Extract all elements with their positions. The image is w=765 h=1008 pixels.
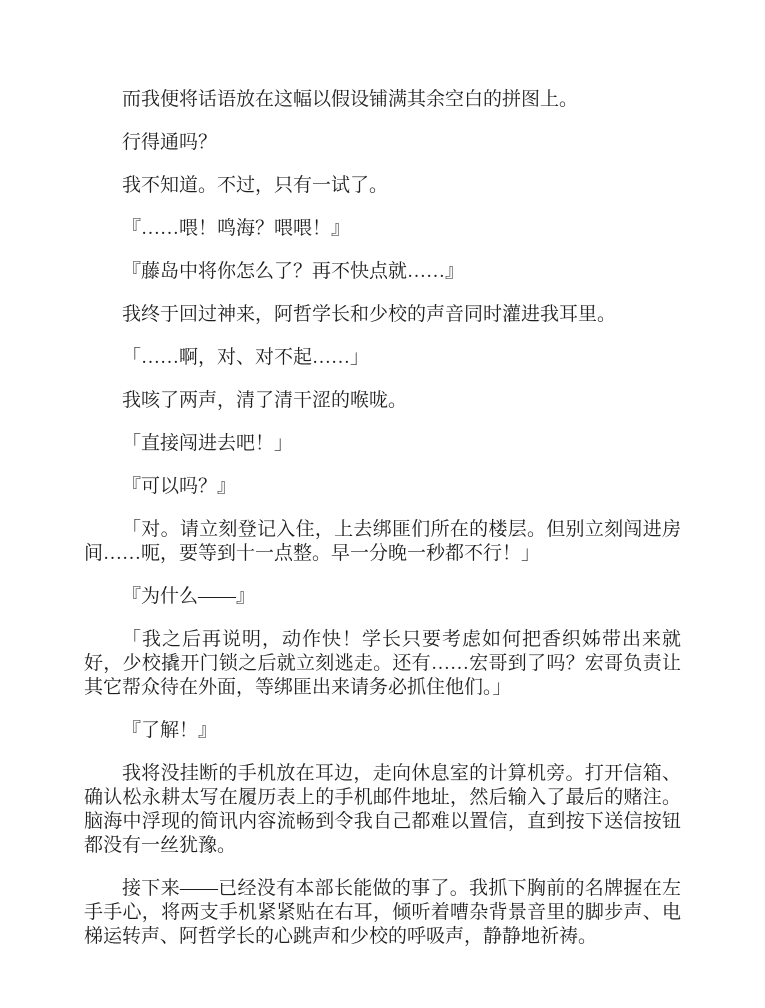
paragraph-narration: 我咳了两声，清了清干涩的喉咙。 bbox=[84, 389, 681, 413]
paragraph-dialogue: 『……喂！鸣海？喂喂！』 bbox=[84, 217, 681, 241]
paragraph-dialogue: 『可以吗？』 bbox=[84, 475, 681, 499]
paragraph-dialogue: 『藤岛中将你怎么了？再不快点就……』 bbox=[84, 260, 681, 284]
paragraph-dialogue: 『了解！』 bbox=[84, 719, 681, 743]
paragraph-dialogue: 「对。请立刻登记入住，上去绑匪们所在的楼层。但别立刻闯进房间……呃，要等到十一点… bbox=[84, 518, 681, 566]
paragraph-narration: 我不知道。不过，只有一试了。 bbox=[84, 174, 681, 198]
paragraph-dialogue: 「我之后再说明，动作快！学长只要考虑如何把香织姊带出来就好，少校撬开门锁之后就立… bbox=[84, 628, 681, 700]
paragraph-dialogue: 『为什么——』 bbox=[84, 585, 681, 609]
paragraph-dialogue: 「……啊，对、对不起……」 bbox=[84, 346, 681, 370]
paragraph-narration: 而我便将话语放在这幅以假设铺满其余空白的拼图上。 bbox=[84, 88, 681, 112]
paragraph-narration: 我终于回过神来，阿哲学长和少校的声音同时灌进我耳里。 bbox=[84, 303, 681, 327]
novel-page: 而我便将话语放在这幅以假设铺满其余空白的拼图上。 行得通吗？ 我不知道。不过，只… bbox=[0, 0, 765, 1008]
paragraph-narration: 行得通吗？ bbox=[84, 131, 681, 155]
paragraph-dialogue: 「直接闯进去吧！」 bbox=[84, 432, 681, 456]
paragraph-narration: 接下来——已经没有本部长能做的事了。我抓下胸前的名牌握在左手手心，将两支手机紧紧… bbox=[84, 877, 681, 949]
paragraph-narration: 我将没挂断的手机放在耳边，走向休息室的计算机旁。打开信箱、确认松永耕太写在履历表… bbox=[84, 762, 681, 858]
